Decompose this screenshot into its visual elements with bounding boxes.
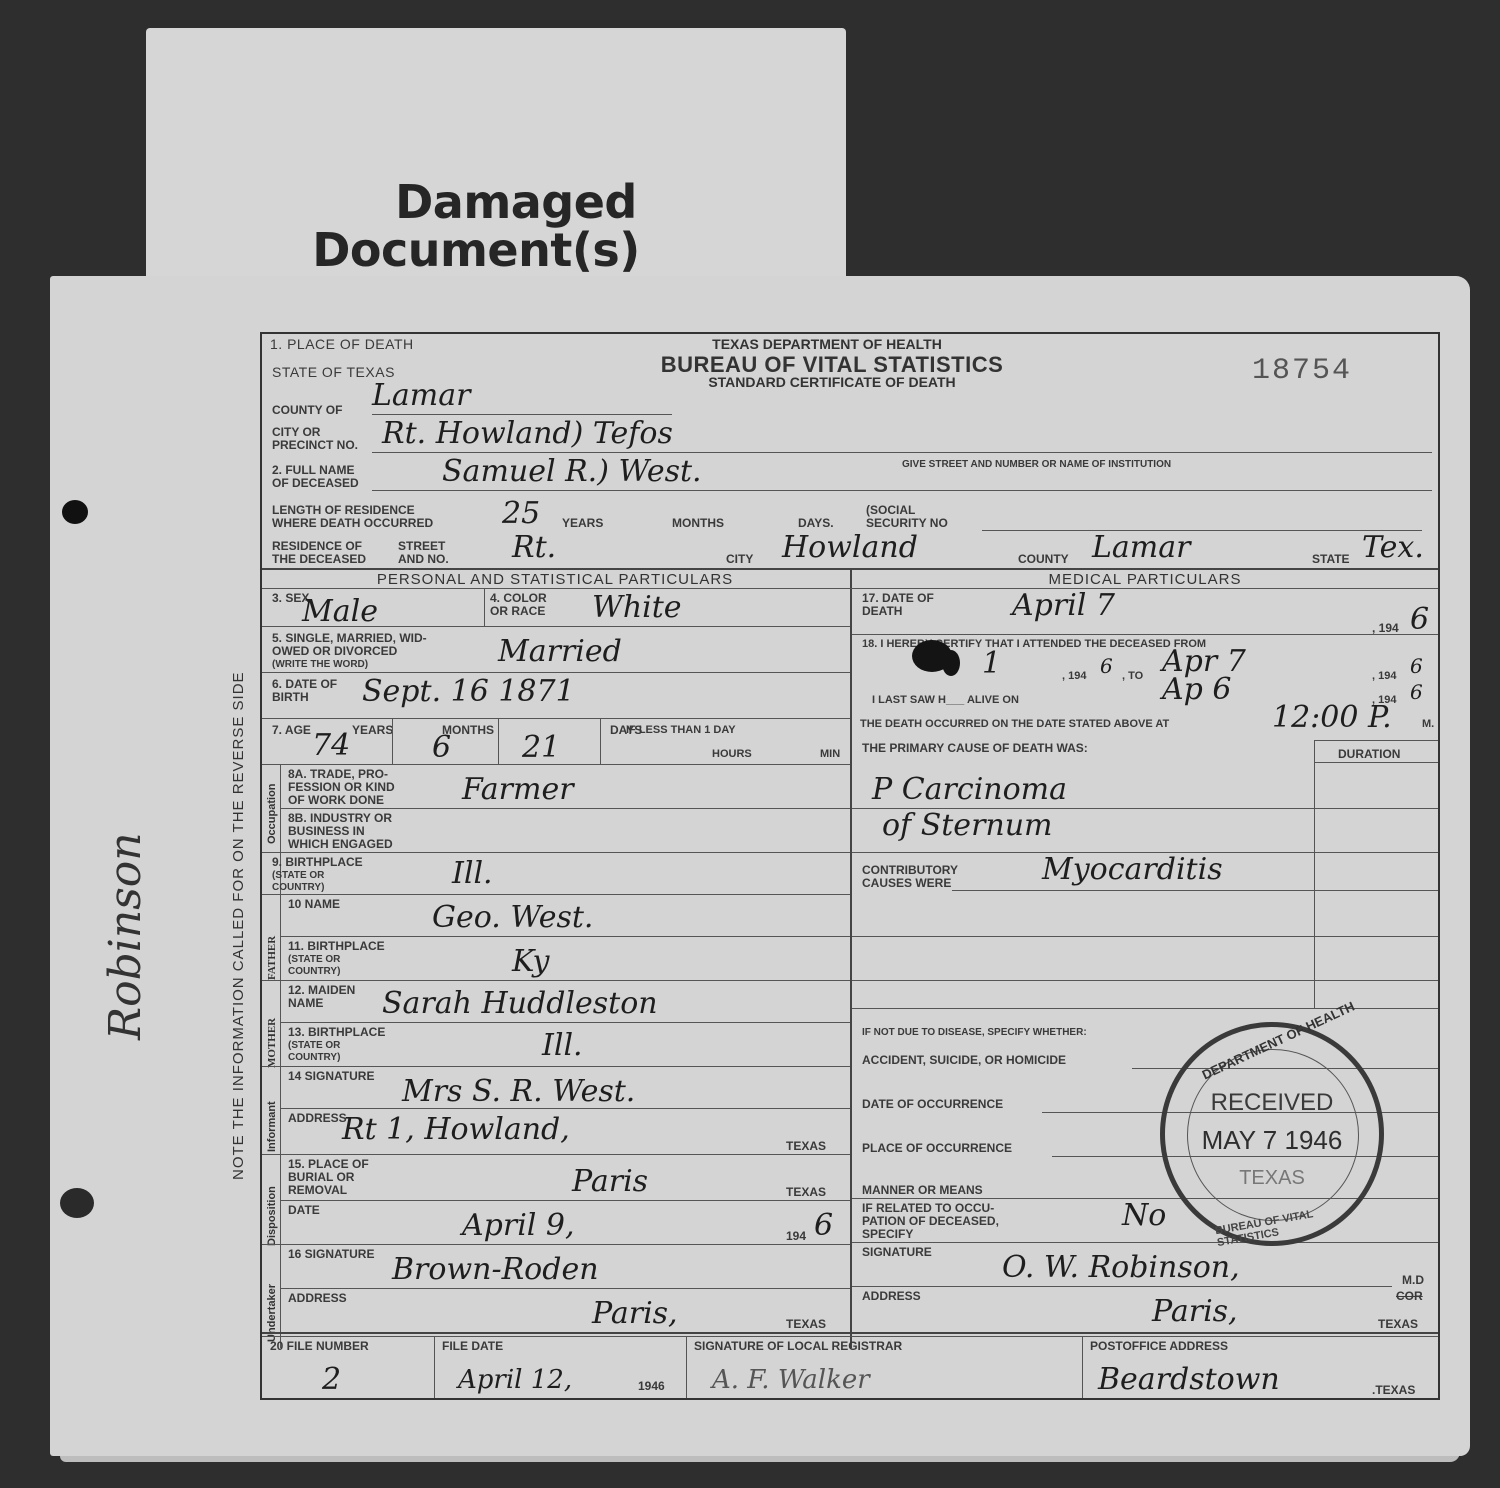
birthplace-label-3: COUNTRY) (272, 881, 324, 894)
dod-year-suffix[interactable]: 6 (1410, 604, 1429, 636)
trade-label-3: OF WORK DONE (288, 794, 384, 807)
death-time-suffix: M. (1422, 718, 1434, 731)
marital-label-2: OWED OR DIVORCED (272, 645, 397, 658)
burial-year-prefix: 194 (786, 1230, 806, 1243)
postoffice-value[interactable]: Beardstown (1098, 1364, 1280, 1396)
res-state-label: STATE (1312, 553, 1350, 566)
certificate-number: 18754 (1252, 354, 1352, 388)
burial-texas-suffix: TEXAS (786, 1186, 826, 1199)
accident-label: ACCIDENT, SUICIDE, OR HOMICIDE (862, 1054, 1066, 1067)
punch-hole-icon (60, 1188, 94, 1218)
informant-texas-suffix: TEXAS (786, 1140, 826, 1153)
mother-name-label-2: NAME (288, 997, 323, 1010)
place-occurrence-label: PLACE OF OCCURRENCE (862, 1142, 1012, 1155)
postoffice-texas-suffix: .TEXAS (1372, 1384, 1415, 1397)
primary-cause-line1[interactable]: P Carcinoma (872, 774, 1067, 806)
not-disease-label: IF NOT DUE TO DISEASE, SPECIFY WHETHER: (862, 1026, 1087, 1039)
contributory-value[interactable]: Myocarditis (1042, 854, 1223, 886)
industry-label-3: WHICH ENGAGED (288, 838, 393, 851)
res-county-label: COUNTY (1018, 553, 1069, 566)
burial-date-label: DATE (288, 1204, 320, 1217)
physician-address-value[interactable]: Paris, (1152, 1296, 1238, 1328)
manner-label: MANNER OR MEANS (862, 1184, 983, 1197)
duration-label: DURATION (1338, 748, 1400, 761)
occupation-related-value[interactable]: No (1122, 1200, 1166, 1232)
file-number-label: 20 FILE NUMBER (270, 1340, 369, 1353)
death-time-value[interactable]: 12:00 P. (1272, 702, 1392, 734)
death-time-label: THE DEATH OCCURRED ON THE DATE STATED AB… (860, 718, 1169, 731)
registrar-signature-label: SIGNATURE OF LOCAL REGISTRAR (694, 1340, 902, 1353)
father-birthplace-label-1: 11. BIRTHPLACE (288, 940, 385, 953)
marital-label-3: (WRITE THE WORD) (272, 658, 368, 671)
cor-label: COR (1396, 1290, 1423, 1303)
damaged-document-title: Damaged Document(s) (146, 178, 846, 274)
dod-value[interactable]: April 7 (1012, 590, 1115, 622)
age-years-label: YEARS (352, 724, 393, 737)
city-label-2: PRECINCT NO. (272, 439, 358, 452)
stamp-date: MAY 7 1946 (1165, 1125, 1379, 1156)
punch-hole-icon (62, 500, 88, 524)
undertaker-address-label: ADDRESS (288, 1292, 347, 1305)
age-months-value[interactable]: 6 (432, 732, 451, 764)
father-birthplace-value[interactable]: Ky (512, 946, 549, 978)
county-value[interactable]: Lamar (372, 380, 470, 412)
race-label-2: OR RACE (490, 605, 545, 618)
file-date-year: 1946 (638, 1380, 665, 1393)
mother-birthplace-value[interactable]: Ill. (542, 1030, 583, 1062)
less-than-day-label: IF LESS THAN 1 DAY (626, 724, 736, 737)
res-city-label: CITY (726, 553, 753, 566)
file-number-value[interactable]: 2 (322, 1364, 341, 1396)
city-value[interactable]: Rt. Howland) Tefos (382, 418, 673, 450)
father-name-value[interactable]: Geo. West. (432, 902, 593, 934)
occupation-related-label-3: SPECIFY (862, 1228, 913, 1241)
burial-label-3: REMOVAL (288, 1184, 347, 1197)
file-date-value[interactable]: April 12, (458, 1364, 572, 1396)
county-label: COUNTY OF (272, 404, 342, 417)
age-years-value[interactable]: 74 (312, 730, 350, 762)
father-name-label: 10 NAME (288, 898, 340, 911)
dob-label-2: BIRTH (272, 691, 309, 704)
father-tab: FATHER (266, 936, 278, 980)
full-name-value[interactable]: Samuel R.) West. (442, 456, 702, 488)
father-birthplace-label-3: COUNTRY) (288, 965, 340, 978)
md-label: M.D (1402, 1274, 1424, 1287)
occupation-tab: Occupation (266, 783, 278, 844)
ssn-label-2: SECURITY NO (866, 517, 948, 530)
ink-blot (942, 650, 960, 676)
attended-from-year-prefix: , 194 (1062, 670, 1086, 683)
months-label: MONTHS (672, 517, 724, 530)
informant-signature-value[interactable]: Mrs S. R. West. (402, 1076, 635, 1108)
birthplace-value[interactable]: Ill. (452, 858, 493, 890)
marital-value[interactable]: Married (498, 636, 622, 668)
mother-birthplace-label-1: 13. BIRTHPLACE (288, 1026, 385, 1039)
hours-label: HOURS (712, 748, 752, 761)
physician-texas-suffix: TEXAS (1378, 1318, 1418, 1331)
attended-from-year-suffix[interactable]: 6 (1100, 650, 1113, 682)
undertaker-signature-value[interactable]: Brown-Roden (392, 1254, 599, 1286)
disposition-tab: Disposition (266, 1186, 278, 1246)
attended-from-value[interactable]: 1 (982, 648, 1001, 680)
stamp-received: RECEIVED (1165, 1089, 1379, 1117)
age-label: 7. AGE (272, 724, 311, 737)
undertaker-signature-label: 16 SIGNATURE (288, 1248, 374, 1261)
years-label: YEARS (562, 517, 603, 530)
burial-year-suffix[interactable]: 6 (814, 1210, 833, 1242)
reverse-side-note: NOTE THE INFORMATION CALLED FOR ON THE R… (230, 671, 247, 1180)
primary-cause-line2[interactable]: of Sternum (882, 810, 1053, 842)
min-label: MIN (820, 748, 840, 761)
card-title-line1: Damaged (186, 178, 846, 226)
res-city-value[interactable]: Howland (782, 532, 918, 564)
burial-place-value[interactable]: Paris (572, 1166, 648, 1198)
residence-label-2: THE DECEASED (272, 553, 366, 566)
last-saw-year-suffix[interactable]: 6 (1410, 676, 1423, 708)
race-value[interactable]: White (592, 592, 682, 624)
sex-value[interactable]: Male (302, 596, 378, 628)
last-saw-value[interactable]: Ap 6 (1162, 674, 1232, 706)
to-label: , TO (1122, 670, 1143, 683)
days-label: DAYS. (798, 517, 834, 530)
attended-to-year-prefix: , 194 (1372, 670, 1396, 683)
received-stamp: DEPARTMENT OF HEALTH RECEIVED MAY 7 1946… (1160, 1022, 1384, 1246)
undertaker-texas-suffix: TEXAS (786, 1318, 826, 1331)
res-state-value[interactable]: Tex. (1362, 532, 1424, 564)
place-of-death-label: 1. PLACE OF DEATH (270, 338, 414, 351)
primary-cause-label: THE PRIMARY CAUSE OF DEATH WAS: (862, 742, 1088, 755)
res-county-value[interactable]: Lamar (1092, 532, 1190, 564)
registrar-signature-value[interactable]: A. F. Walker (712, 1364, 870, 1396)
contributory-label-2: CAUSES WERE (862, 877, 951, 890)
residence-length-label-2: WHERE DEATH OCCURRED (272, 517, 433, 530)
card-title-line2: Document(s) (106, 226, 846, 274)
dob-value[interactable]: Sept. 16 1871 (362, 676, 575, 708)
mother-birthplace-label-3: COUNTRY) (288, 1051, 340, 1064)
margin-handwritten-name: Robinson (100, 832, 151, 1040)
form-title: STANDARD CERTIFICATE OF DEATH (642, 374, 1022, 390)
physician-signature-label: SIGNATURE (862, 1246, 932, 1259)
age-days-value[interactable]: 21 (522, 732, 560, 764)
postoffice-label: POSTOFFICE ADDRESS (1090, 1340, 1228, 1353)
physician-signature-value[interactable]: O. W. Robinson, (1002, 1252, 1240, 1284)
last-saw-label: I LAST SAW H___ ALIVE ON (872, 694, 1019, 707)
file-date-label: FILE DATE (442, 1340, 503, 1353)
street-label-2: AND NO. (398, 553, 449, 566)
full-name-label-2: OF DECEASED (272, 477, 359, 490)
burial-date-value[interactable]: April 9, (462, 1210, 575, 1242)
undertaker-address-value[interactable]: Paris, (592, 1298, 678, 1330)
street-value[interactable]: Rt. (512, 532, 556, 564)
street-hint: GIVE STREET AND NUMBER OR NAME OF INSTIT… (902, 458, 1171, 471)
physician-address-label: ADDRESS (862, 1290, 921, 1303)
birthplace-label-1: 9. BIRTHPLACE (272, 856, 363, 869)
informant-tab: Informant (266, 1101, 278, 1152)
trade-value[interactable]: Farmer (462, 774, 574, 806)
informant-address-value[interactable]: Rt 1, Howland, (342, 1114, 570, 1146)
date-occurrence-label: DATE OF OCCURRENCE (862, 1098, 1003, 1111)
personal-section-title: PERSONAL AND STATISTICAL PARTICULARS (262, 571, 848, 588)
stamp-state: TEXAS (1165, 1167, 1379, 1190)
mother-tab: MOTHER (266, 1018, 278, 1068)
informant-address-label: ADDRESS (288, 1112, 347, 1125)
department-heading: TEXAS DEPARTMENT OF HEALTH (662, 336, 992, 352)
dod-label-2: DEATH (862, 605, 902, 618)
informant-signature-label: 14 SIGNATURE (288, 1070, 374, 1083)
residence-years-value[interactable]: 25 (502, 498, 540, 530)
mother-name-value[interactable]: Sarah Huddleston (382, 988, 658, 1020)
medical-section-title: MEDICAL PARTICULARS (852, 571, 1438, 588)
